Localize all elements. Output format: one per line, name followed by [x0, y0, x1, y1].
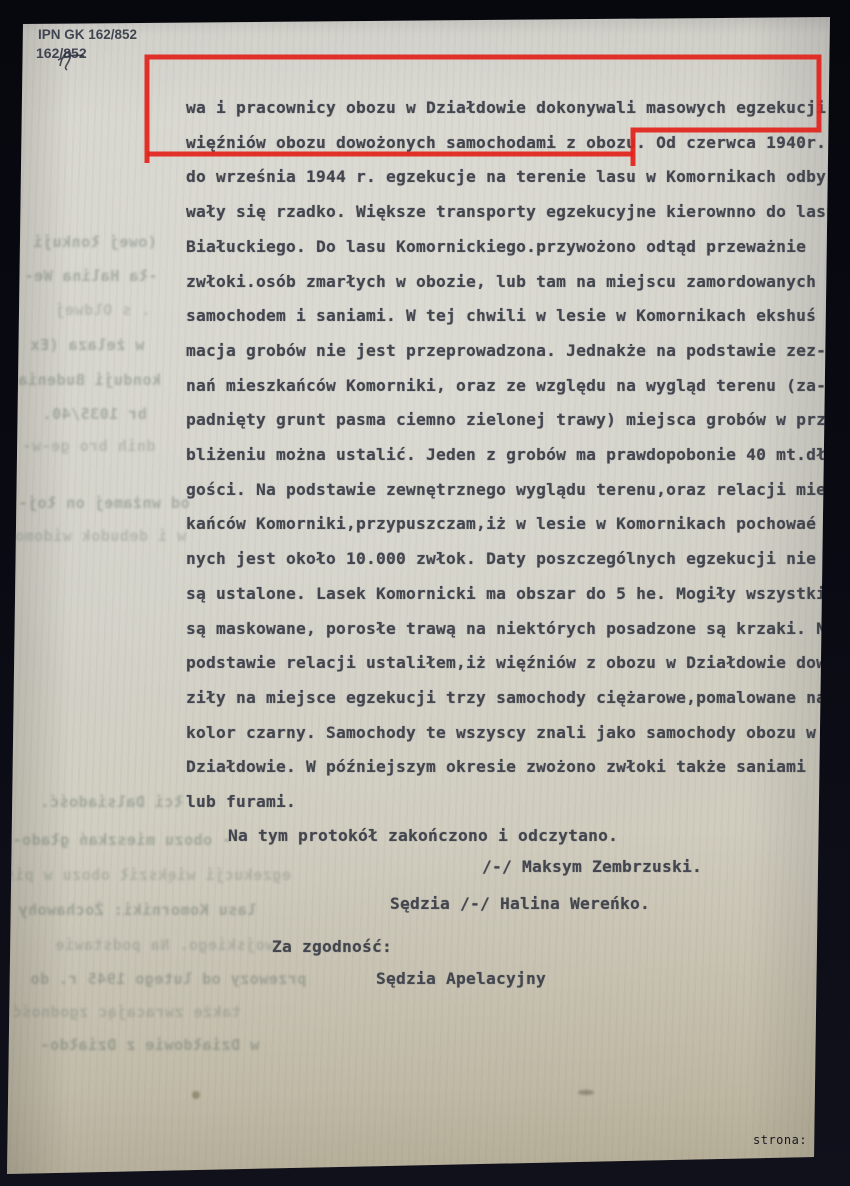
red-highlight-annotation: [0, 0, 850, 1186]
red-highlight-outline: [147, 57, 819, 166]
photo-background: IPN GK 162/852 162/852 (owej łonkuji -ła…: [0, 0, 850, 1186]
